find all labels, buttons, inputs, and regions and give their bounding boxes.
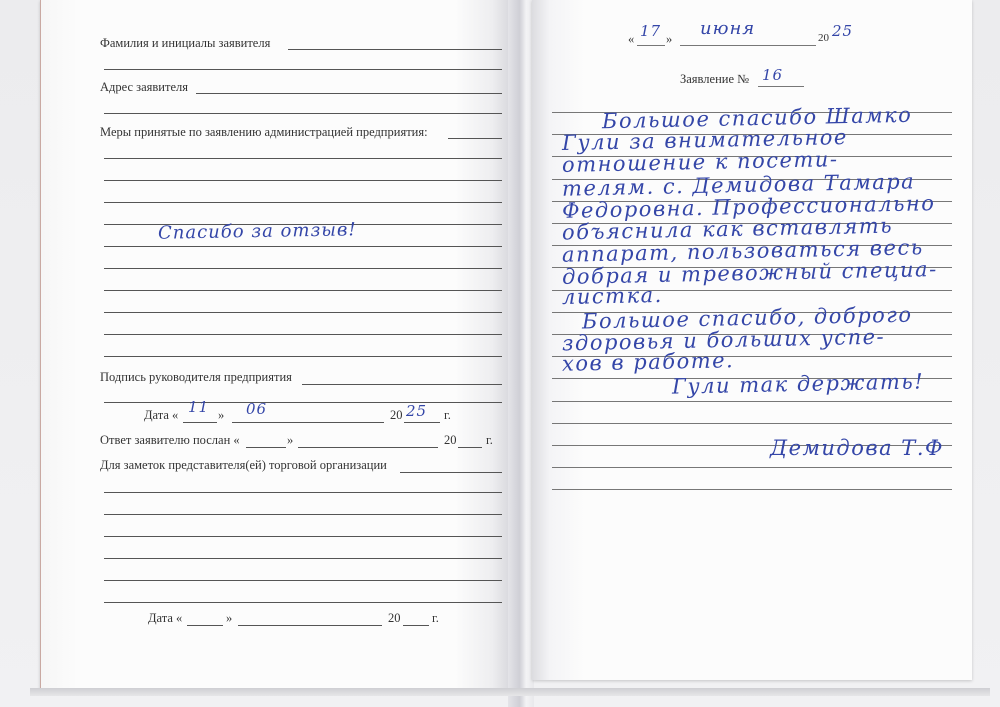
ruled-line[interactable]	[552, 489, 952, 490]
applicant-name-field[interactable]	[288, 49, 502, 50]
ruled-line[interactable]	[104, 492, 502, 493]
date1-month-value: 06	[246, 400, 267, 418]
applicant-address-field[interactable]	[196, 93, 502, 94]
measures-label: Меры принятые по заявлению администрацие…	[100, 125, 428, 140]
ruled-line[interactable]	[104, 290, 502, 291]
date1-label: Дата «	[144, 408, 178, 423]
manager-signature-field-cont[interactable]	[104, 402, 502, 403]
date2-close-quote: »	[226, 611, 232, 626]
reply-day-field[interactable]	[246, 447, 286, 448]
date1-year-value: 25	[406, 402, 427, 420]
manager-signature-field[interactable]	[302, 384, 502, 385]
right-date-day-field[interactable]	[637, 45, 665, 46]
date2-day-field[interactable]	[187, 625, 223, 626]
date2-year-field[interactable]	[403, 625, 429, 626]
right-date-close-quote: »	[666, 32, 672, 47]
ruled-line[interactable]	[104, 580, 502, 581]
ruled-line[interactable]	[104, 180, 502, 181]
applicant-address-field-cont[interactable]	[104, 113, 502, 114]
ruled-line[interactable]	[104, 246, 502, 247]
book-spine	[508, 0, 534, 707]
ruled-line[interactable]	[552, 423, 952, 424]
applicant-name-field-cont[interactable]	[104, 69, 502, 70]
right-date-month-value: июня	[700, 18, 755, 39]
statement-label: Заявление №	[680, 72, 749, 87]
ruled-line[interactable]	[104, 202, 502, 203]
notes-label: Для заметок представителя(ей) торговой о…	[100, 458, 387, 473]
ruled-line[interactable]	[104, 334, 502, 335]
date2-year-prefix: 20	[388, 611, 401, 626]
reply-year-unit: г.	[486, 433, 493, 448]
ruled-line[interactable]	[104, 158, 502, 159]
statement-number-value: 16	[762, 66, 783, 84]
date2-month-field[interactable]	[238, 625, 382, 626]
date1-month-field[interactable]	[232, 422, 384, 423]
statement-number-field[interactable]	[758, 86, 804, 87]
date1-year-unit: г.	[444, 408, 451, 423]
right-date-open-quote: «	[628, 32, 634, 47]
date1-year-prefix: 20	[390, 408, 403, 423]
date1-close-quote: »	[218, 408, 224, 423]
handwritten-line: хов в работе.	[562, 348, 735, 376]
measures-handwritten-text: Спасибо за отзыв!	[158, 219, 357, 243]
date1-day-value: 11	[188, 398, 209, 416]
date1-day-field[interactable]	[183, 422, 217, 423]
applicant-signature: Демидова Т.Ф	[770, 436, 944, 460]
reply-year-prefix: 20	[444, 433, 457, 448]
reply-year-field[interactable]	[458, 447, 482, 448]
left-page	[40, 0, 511, 690]
applicant-address-label: Адрес заявителя	[100, 80, 188, 95]
reply-close-quote: »	[287, 433, 293, 448]
ruled-line[interactable]	[104, 268, 502, 269]
notes-field[interactable]	[400, 472, 502, 473]
ruled-line[interactable]	[552, 401, 952, 402]
ruled-line[interactable]	[104, 558, 502, 559]
right-date-month-field[interactable]	[680, 45, 816, 46]
date2-label: Дата «	[148, 611, 182, 626]
ruled-line[interactable]	[104, 356, 502, 357]
measures-field[interactable]	[448, 138, 502, 139]
manager-signature-label: Подпись руководителя предприятия	[100, 370, 292, 385]
reply-month-field[interactable]	[298, 447, 438, 448]
date2-year-unit: г.	[432, 611, 439, 626]
ruled-line[interactable]	[104, 536, 502, 537]
ruled-line[interactable]	[104, 514, 502, 515]
applicant-name-label: Фамилия и инициалы заявителя	[100, 36, 270, 51]
reply-sent-label: Ответ заявителю послан «	[100, 433, 240, 448]
ruled-line[interactable]	[104, 602, 502, 603]
right-date-day-value: 17	[640, 22, 661, 40]
ruled-line[interactable]	[552, 467, 952, 468]
right-date-year-prefix: 20	[818, 32, 829, 44]
right-date-year-value: 25	[832, 22, 853, 40]
page-bottom-edge	[30, 688, 990, 696]
ruled-line[interactable]	[104, 312, 502, 313]
handwritten-line: листка.	[562, 283, 663, 309]
date1-year-field[interactable]	[404, 422, 440, 423]
